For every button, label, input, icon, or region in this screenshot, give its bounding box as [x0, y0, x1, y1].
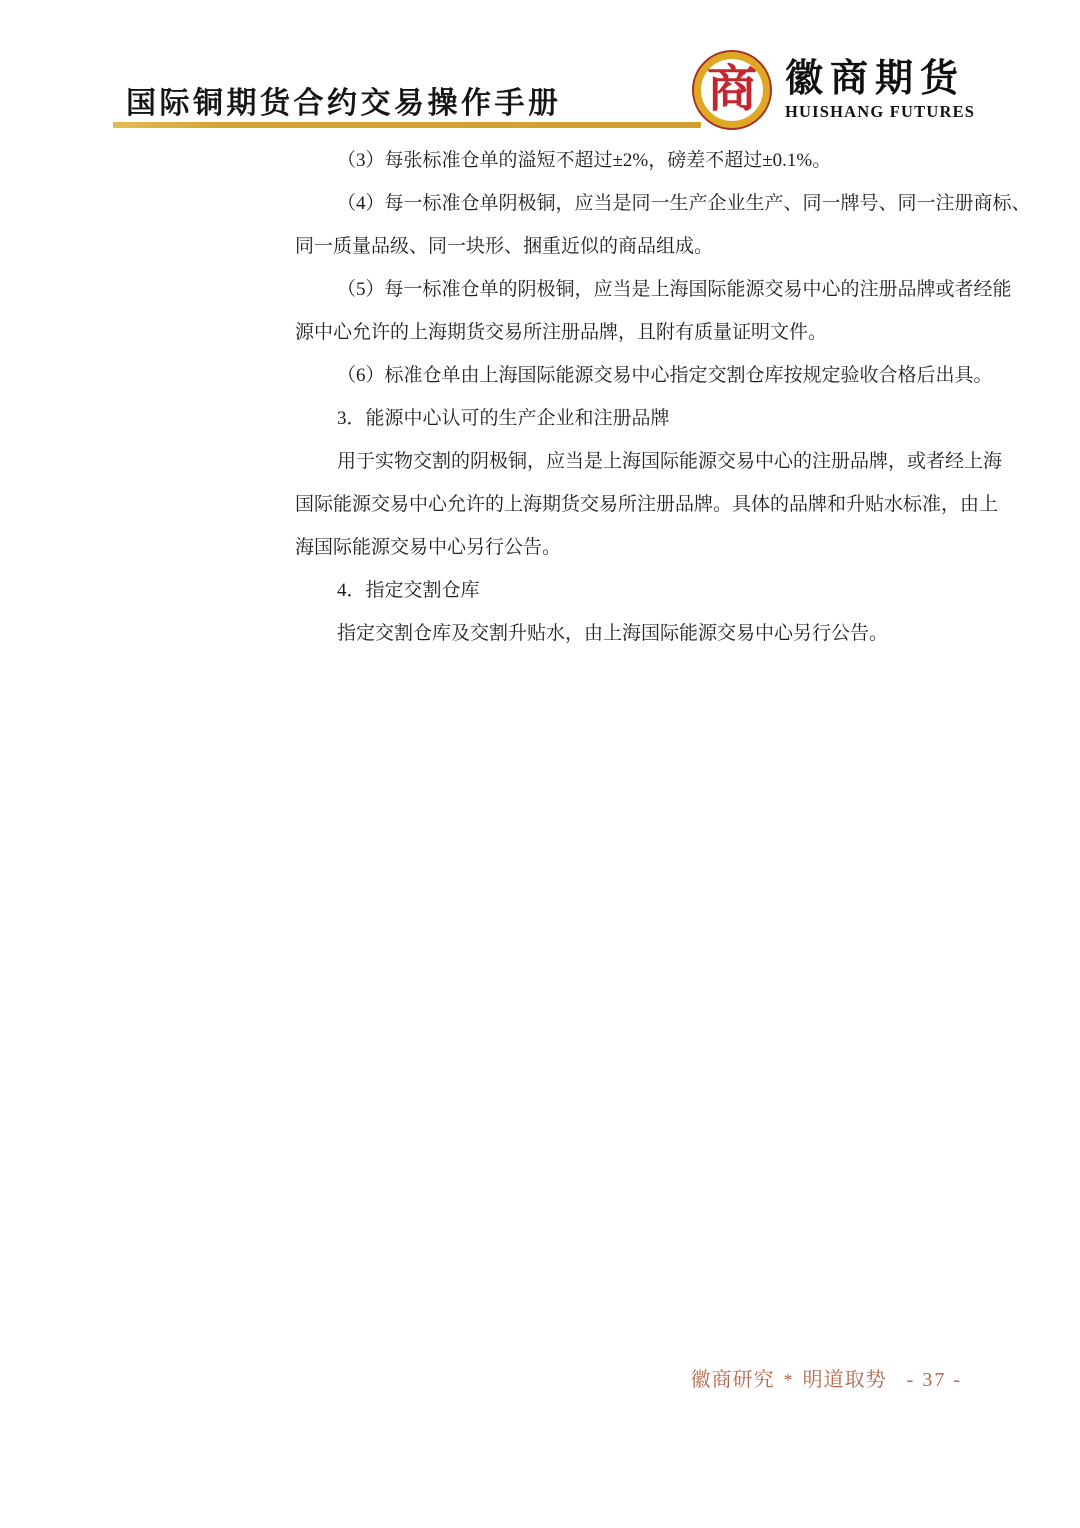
company-logo: 商 徽商期货 HUISHANG FUTURES	[694, 52, 975, 128]
body-line: （5）每一标准仓单的阴极铜，应当是上海国际能源交易中心的注册品牌或者经能	[295, 268, 995, 311]
logo-text: 徽商期货 HUISHANG FUTURES	[785, 52, 975, 121]
body-line: 源中心允许的上海期货交易所注册品牌，且附有质量证明文件。	[295, 311, 995, 354]
body-line: 4．指定交割仓库	[295, 569, 995, 612]
footer-separator: *	[784, 1370, 794, 1391]
header-underline	[113, 122, 701, 128]
body-line: 指定交割仓库及交割升贴水，由上海国际能源交易中心另行公告。	[295, 612, 995, 655]
body-line: 国际能源交易中心允许的上海期货交易所注册品牌。具体的品牌和升贴水标准，由上	[295, 483, 995, 526]
body-line: （3）每张标准仓单的溢短不超过±2%，磅差不超过±0.1%。	[295, 139, 995, 182]
footer-slogan: 明道取势	[803, 1363, 887, 1392]
body-line: 用于实物交割的阴极铜，应当是上海国际能源交易中心的注册品牌，或者经上海	[295, 440, 995, 483]
page-title: 国际铜期货合约交易操作手册	[126, 78, 562, 122]
body-line: 同一质量品级、同一块形、捆重近似的商品组成。	[295, 225, 995, 268]
footer-brand: 徽商研究	[691, 1363, 775, 1392]
body-line: 3．能源中心认可的生产企业和注册品牌	[295, 397, 995, 440]
page-footer: 徽商研究 * 明道取势 - 37 -	[691, 1363, 962, 1392]
footer-page-number: - 37 -	[907, 1369, 962, 1392]
body-line: 海国际能源交易中心另行公告。	[295, 526, 995, 569]
document-page: 国际铜期货合约交易操作手册 商 徽商期货 HUISHANG FUTURES （3…	[0, 0, 1080, 1528]
logo-seal-glyph: 商	[707, 64, 757, 114]
document-body: （3）每张标准仓单的溢短不超过±2%，磅差不超过±0.1%。 （4）每一标准仓单…	[295, 139, 995, 655]
logo-company-name-cn: 徽商期货	[785, 60, 975, 98]
logo-seal-icon: 商	[694, 52, 770, 128]
body-line: （6）标准仓单由上海国际能源交易中心指定交割仓库按规定验收合格后出具。	[295, 354, 995, 397]
logo-company-name-en: HUISHANG FUTURES	[785, 104, 975, 121]
body-line: （4）每一标准仓单阴极铜，应当是同一生产企业生产、同一牌号、同一注册商标、	[295, 182, 995, 225]
